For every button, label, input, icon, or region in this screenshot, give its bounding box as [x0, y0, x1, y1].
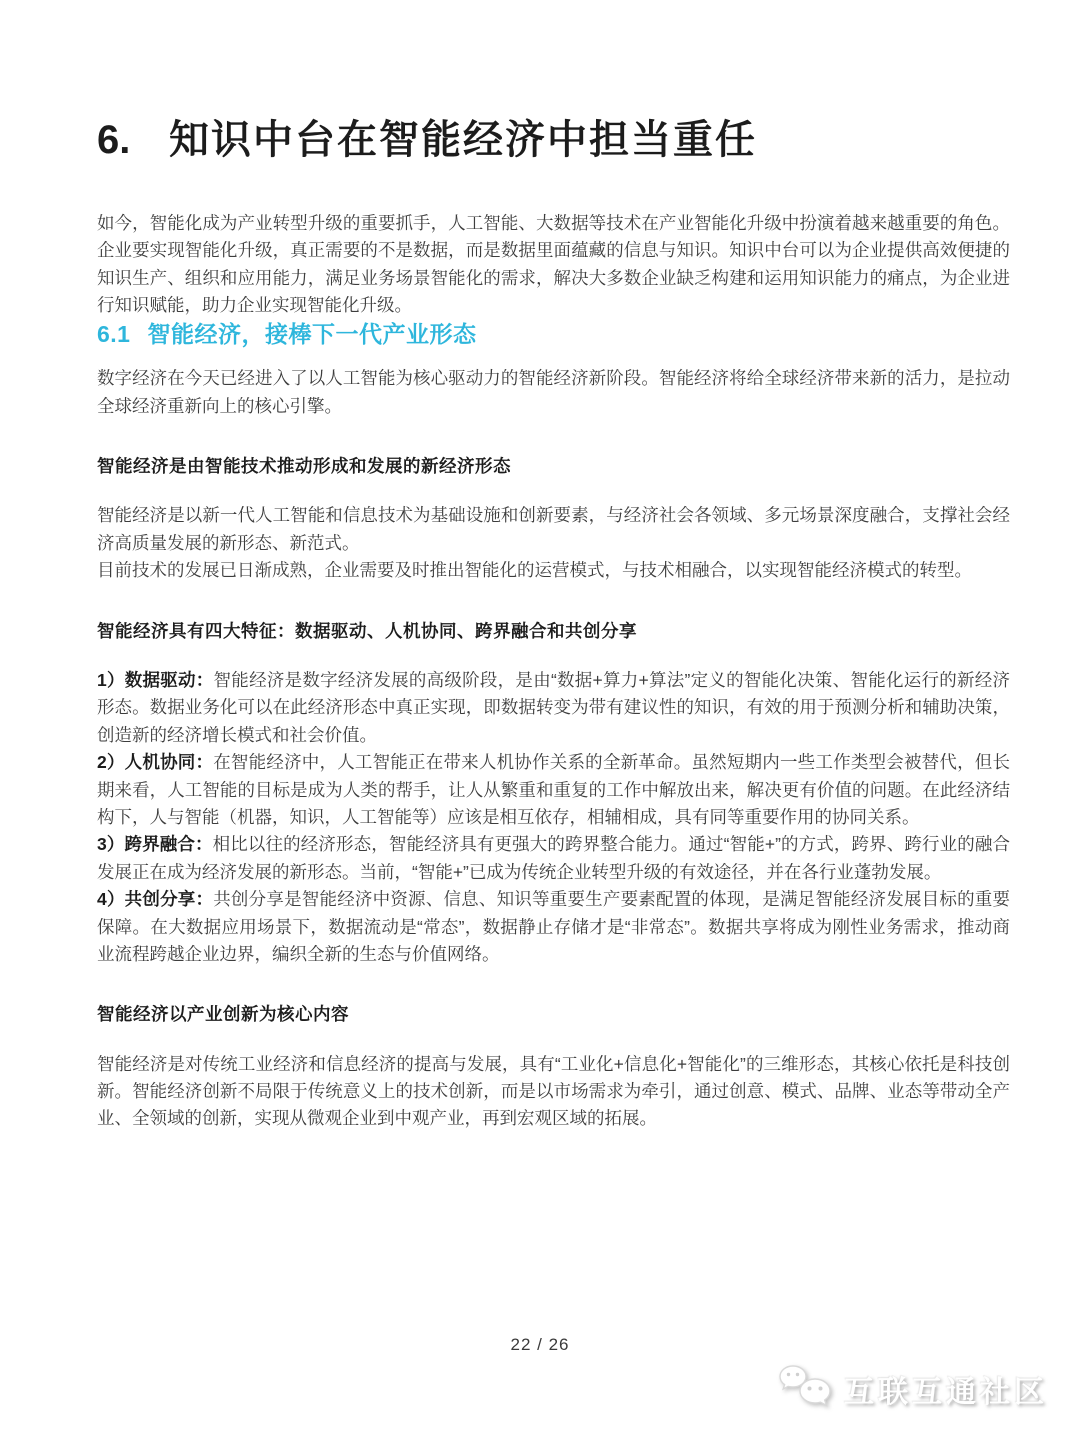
- watermark-logo: 互联互通社区: [776, 1363, 1048, 1415]
- page-title-number: 6.: [97, 116, 169, 164]
- section-heading-6-1: 6.1 智能经济，接棒下一代产业形态: [97, 320, 1010, 349]
- feature-item-label: 4）共创分享：: [97, 889, 213, 909]
- paragraph: 目前技术的发展已日渐成熟，企业需要及时推出智能化的运营模式，与技术相融合，以实现…: [97, 557, 1010, 584]
- section-number: 6.1: [97, 320, 130, 349]
- document-page: 6. 知识中台在智能经济中担当重任 如今，智能化成为产业转型升级的重要抓手，人工…: [0, 0, 1080, 1431]
- paragraph: 智能经济是对传统工业经济和信息经济的提高与发展，具有“工业化+信息化+智能化”的…: [97, 1051, 1010, 1133]
- feature-item-text: 在智能经济中，人工智能正在带来人机协作关系的全新革命。虽然短期内一些工作类型会被…: [97, 752, 1010, 827]
- feature-item-label: 1）数据驱动：: [97, 670, 214, 690]
- chat-bubbles-icon: [776, 1363, 834, 1415]
- page-title: 6. 知识中台在智能经济中担当重任: [97, 116, 1010, 164]
- feature-item-label: 2）人机协同：: [97, 752, 213, 772]
- feature-item-text: 智能经济是数字经济发展的高级阶段，是由“数据+算力+算法”定义的智能化决策、智能…: [97, 670, 1010, 745]
- subhead-four-features: 智能经济具有四大特征：数据驱动、人机协同、跨界融合和共创分享: [97, 618, 1010, 644]
- paragraph: 智能经济是以新一代人工智能和信息技术为基础设施和创新要素，与经济社会各领域、多元…: [97, 502, 1010, 557]
- feature-item-text: 相比以往的经济形态，智能经济具有更强大的跨界整合能力。通过“智能+”的方式，跨界…: [97, 834, 1010, 881]
- section-heading-text: 智能经济，接棒下一代产业形态: [147, 320, 476, 349]
- page-number-indicator: 22 / 26: [0, 1335, 1080, 1355]
- feature-item-cross-border: 3）跨界融合：相比以往的经济形态，智能经济具有更强大的跨界整合能力。通过“智能+…: [97, 831, 1010, 886]
- feature-item-text: 共创分享是智能经济中资源、信息、知识等重要生产要素配置的体现，是满足智能经济发展…: [97, 889, 1010, 964]
- subhead-new-economic-form: 智能经济是由智能技术推动形成和发展的新经济形态: [97, 453, 1010, 479]
- section-lead-paragraph: 数字经济在今天已经进入了以人工智能为核心驱动力的智能经济新阶段。智能经济将给全球…: [97, 365, 1010, 420]
- feature-item-human-machine: 2）人机协同：在智能经济中，人工智能正在带来人机协作关系的全新革命。虽然短期内一…: [97, 749, 1010, 831]
- intro-paragraph: 如今，智能化成为产业转型升级的重要抓手，人工智能、大数据等技术在产业智能化升级中…: [97, 210, 1010, 320]
- feature-item-data-driven: 1）数据驱动：智能经济是数字经济发展的高级阶段，是由“数据+算力+算法”定义的智…: [97, 667, 1010, 749]
- feature-item-co-creation: 4）共创分享：共创分享是智能经济中资源、信息、知识等重要生产要素配置的体现，是满…: [97, 886, 1010, 968]
- feature-item-label: 3）跨界融合：: [97, 834, 213, 854]
- watermark-text: 互联互通社区: [844, 1367, 1048, 1411]
- page-title-text: 知识中台在智能经济中担当重任: [169, 116, 757, 164]
- subhead-industry-innovation: 智能经济以产业创新为核心内容: [97, 1001, 1010, 1027]
